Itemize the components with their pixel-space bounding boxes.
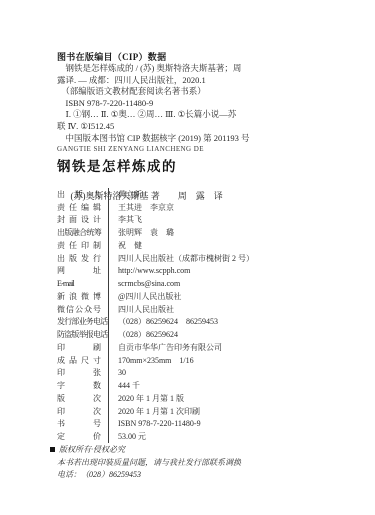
colophon-label: 发行部业务电话 xyxy=(57,316,101,327)
colophon-label: 印张 xyxy=(57,367,101,378)
book-copyright-page: 图书在版编目（CIP）数据 钢铁是怎样炼成的 / (苏) 奥斯特洛夫斯基著；周露… xyxy=(0,0,375,515)
colophon-value: 四川人民出版社 xyxy=(108,303,174,316)
colophon-value: 祝 健 xyxy=(108,239,142,252)
colophon-row: 字数444 千 xyxy=(57,379,357,392)
colophon-value: 2020 年 1 月第 1 版 xyxy=(108,392,184,405)
colophon-value: （028）86259624 xyxy=(108,328,178,341)
colophon-label: 责任印制 xyxy=(57,240,101,251)
colophon-value: （028）86259624 86259453 xyxy=(108,316,218,329)
colophon-value: 李其飞 xyxy=(108,214,142,227)
colophon-label: 书号 xyxy=(57,418,101,429)
colophon-label: 版次 xyxy=(57,393,101,404)
quality-notice-line: 本书若出现印装质量问题，请与我社发行部联系调换 xyxy=(50,457,340,470)
colophon-table: 出版人黄立新责任编辑王其进 李京京封面设计李其飞出版融合统筹张明辉 袁 璐责任印… xyxy=(57,188,357,443)
colophon-label: 微信公众号 xyxy=(57,304,101,315)
colophon-row: 网址http://www.scpph.com xyxy=(57,265,357,278)
cip-line: （部编版语文教材配套阅读名著书系） xyxy=(57,86,327,98)
colophon-label: 印刷 xyxy=(57,342,101,353)
colophon-row: E-mailscrmcbs@sina.com xyxy=(57,277,357,290)
colophon-value: 53.00 元 xyxy=(108,430,146,443)
colophon-value: 王其进 李京京 xyxy=(108,201,174,214)
colophon-row: 责任编辑王其进 李京京 xyxy=(57,201,357,214)
colophon-value: 黄立新 xyxy=(108,188,142,201)
colophon-value: 444 千 xyxy=(108,379,140,392)
copyright-notice-text: 版权所有·侵权必究 xyxy=(59,445,125,454)
colophon-row: 责任印制祝 健 xyxy=(57,239,357,252)
phone-notice-line: 电话：（028）86259453 xyxy=(50,469,340,482)
colophon-row: 印张30 xyxy=(57,367,357,380)
colophon-row: 新浪微博@四川人民出版社 xyxy=(57,290,357,303)
black-square-icon xyxy=(50,447,55,452)
colophon-row: 定价53.00 元 xyxy=(57,430,357,443)
colophon-value: scrmcbs@sina.com xyxy=(108,277,180,290)
colophon-row: 书号ISBN 978-7-220-11480-9 xyxy=(57,418,357,431)
cip-heading: 图书在版编目（CIP）数据 xyxy=(57,50,319,63)
colophon-label: 防盗版举报电话 xyxy=(57,329,101,340)
cip-data-block: 钢铁是怎样炼成的 / (苏) 奥斯特洛夫斯基著；周露译. — 成都：四川人民出版… xyxy=(57,63,327,144)
colophon-label: 出版人 xyxy=(57,189,101,200)
colophon-label: 出版发行 xyxy=(57,253,101,264)
colophon-label: 字数 xyxy=(57,380,101,391)
colophon-row: 印刷自贡市华华广告印务有限公司 xyxy=(57,341,357,354)
colophon-value: 170mm×235mm 1/16 xyxy=(108,354,194,367)
colophon-row: 出版融合统筹张明辉 袁 璐 xyxy=(57,226,357,239)
cip-line: 露译. — 成都：四川人民出版社，2020.1 xyxy=(57,75,327,87)
colophon-label: E-mail xyxy=(57,279,101,288)
copyright-notice-line: 版权所有·侵权必究 xyxy=(50,444,340,457)
colophon-value: 张明辉 袁 璐 xyxy=(108,226,174,239)
colophon-label: 新浪微博 xyxy=(57,291,101,302)
colophon-label: 责任编辑 xyxy=(57,202,101,213)
colophon-label: 封面设计 xyxy=(57,214,101,225)
colophon-row: 出版发行四川人民出版社（成都市槐树街 2 号） xyxy=(57,252,357,265)
colophon-value: 2020 年 1 月第 1 次印刷 xyxy=(108,405,200,418)
cip-line: Ⅰ. ①钢… Ⅱ. ①奥… ②周… Ⅲ. ①长篇小说—苏 xyxy=(57,109,327,121)
cip-line: 钢铁是怎样炼成的 / (苏) 奥斯特洛夫斯基著；周 xyxy=(57,63,327,75)
colophon-row: 微信公众号四川人民出版社 xyxy=(57,303,357,316)
colophon-value: @四川人民出版社 xyxy=(108,290,181,303)
colophon-value: ISBN 978-7-220-11480-9 xyxy=(108,418,201,431)
colophon-row: 成品尺寸170mm×235mm 1/16 xyxy=(57,354,357,367)
colophon-label: 出版融合统筹 xyxy=(57,227,101,238)
colophon-label: 网址 xyxy=(57,265,101,276)
colophon-row: 版次2020 年 1 月第 1 版 xyxy=(57,392,357,405)
cip-line: 联 Ⅳ. ①I512.45 xyxy=(57,121,327,133)
colophon-row: 防盗版举报电话（028）86259624 xyxy=(57,328,357,341)
colophon-row: 发行部业务电话（028）86259624 86259453 xyxy=(57,316,357,329)
book-title: 钢铁是怎样炼成的 xyxy=(57,155,327,175)
colophon-row: 封面设计李其飞 xyxy=(57,214,357,227)
colophon-value: 30 xyxy=(108,367,126,380)
cip-line: 中国版本图书馆 CIP 数据核字 (2019) 第 201193 号 xyxy=(57,133,327,145)
colophon-value: 自贡市华华广告印务有限公司 xyxy=(108,341,222,354)
colophon-row: 印次2020 年 1 月第 1 次印刷 xyxy=(57,405,357,418)
colophon-value: 四川人民出版社（成都市槐树街 2 号） xyxy=(108,252,254,265)
cip-line: ISBN 978-7-220-11480-9 xyxy=(57,98,327,110)
colophon-value: http://www.scpph.com xyxy=(108,265,190,278)
colophon-row: 出版人黄立新 xyxy=(57,188,357,201)
colophon-label: 印次 xyxy=(57,406,101,417)
copyright-notice-block: 版权所有·侵权必究 本书若出现印装质量问题，请与我社发行部联系调换 电话：（02… xyxy=(50,444,340,482)
colophon-label: 成品尺寸 xyxy=(57,355,101,366)
colophon-label: 定价 xyxy=(57,431,101,442)
pinyin-title: GANGTIE SHI ZENYANG LIANCHENG DE xyxy=(57,145,327,153)
